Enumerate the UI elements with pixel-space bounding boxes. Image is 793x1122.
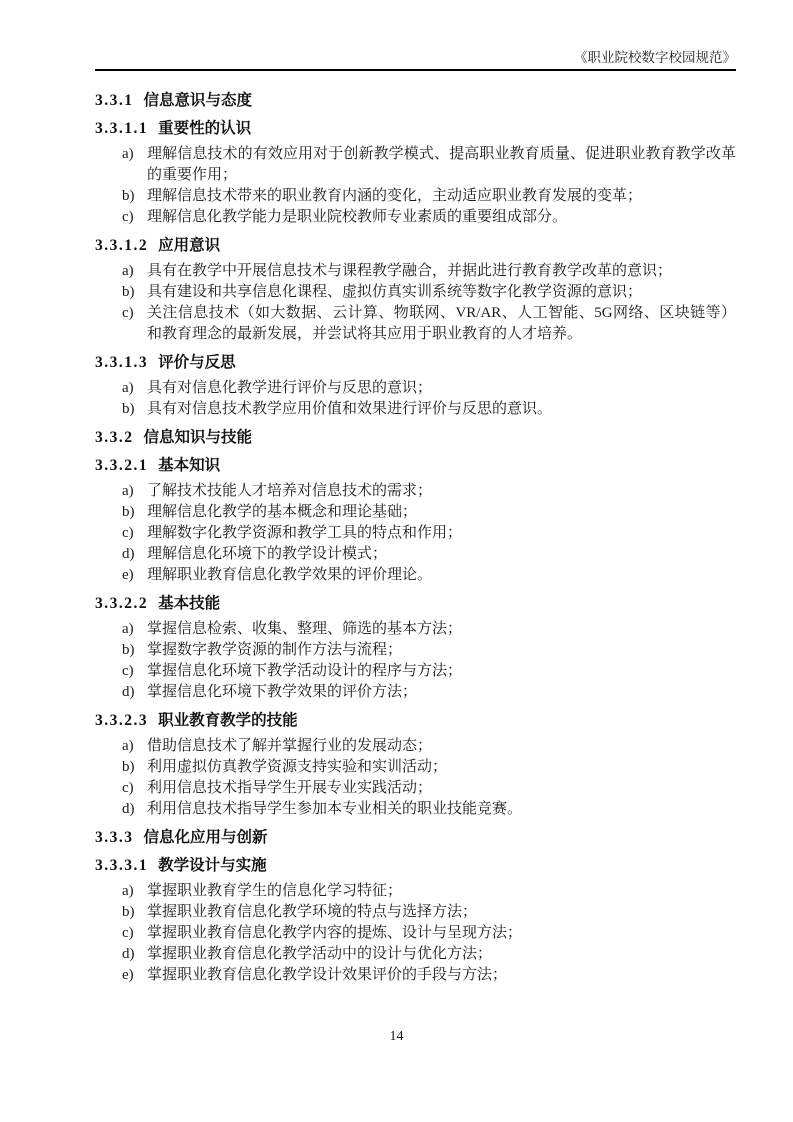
item-marker: d) [122, 799, 147, 820]
section-number: 3.3.2.1 [95, 457, 148, 474]
item-marker: e) [122, 565, 147, 586]
item-text: 了解技术技能人才培养对信息技术的需求； [147, 481, 736, 502]
item-marker: b) [122, 399, 147, 420]
item-text: 掌握信息化环境下教学效果的评价方法； [147, 682, 736, 703]
item-marker: b) [122, 757, 147, 778]
item-marker: b) [122, 282, 147, 303]
item-marker: a) [122, 144, 147, 186]
item-text: 掌握数字教学资源的制作方法与流程； [147, 640, 736, 661]
section-number: 3.3.2.2 [95, 595, 148, 612]
item-text: 具有对信息化教学进行评价与反思的意识； [147, 378, 736, 399]
item-text: 理解职业教育信息化教学效果的评价理论。 [147, 565, 736, 586]
section-title: 信息意识与态度 [144, 92, 253, 109]
list-item: a)理解信息技术的有效应用对于创新教学模式、提高职业教育质量、促进职业教育教学改… [122, 144, 736, 186]
item-text: 借助信息技术了解并掌握行业的发展动态； [147, 736, 736, 757]
section-heading-3.3.3.1: 3.3.3.1教学设计与实施 [95, 855, 736, 876]
item-marker: a) [122, 481, 147, 502]
section-heading-3.3.2: 3.3.2信息知识与技能 [95, 427, 736, 448]
item-marker: c) [122, 923, 147, 944]
item-text: 理解信息技术带来的职业教育内涵的变化，主动适应职业教育发展的变革； [147, 186, 736, 207]
section-number: 3.3.2 [95, 429, 134, 446]
item-text: 掌握信息化环境下教学活动设计的程序与方法； [147, 661, 736, 682]
section-number: 3.3.1.3 [95, 354, 148, 371]
list-item: a)了解技术技能人才培养对信息技术的需求； [122, 481, 736, 502]
list-item: e)理解职业教育信息化教学效果的评价理论。 [122, 565, 736, 586]
list-item: a)掌握信息检索、收集、整理、筛选的基本方法； [122, 619, 736, 640]
section-heading-3.3.1.3: 3.3.1.3评价与反思 [95, 352, 736, 373]
list-item: c)掌握信息化环境下教学活动设计的程序与方法； [122, 661, 736, 682]
section-heading-3.3.1.1: 3.3.1.1重要性的认识 [95, 118, 736, 139]
item-marker: c) [122, 523, 147, 544]
section-heading-3.3.1.2: 3.3.1.2应用意识 [95, 235, 736, 256]
item-text: 关注信息技术（如大数据、云计算、物联网、VR/AR、人工智能、5G网络、区块链等… [147, 303, 736, 345]
list-item: a)借助信息技术了解并掌握行业的发展动态； [122, 736, 736, 757]
item-text: 理解信息化教学能力是职业院校教师专业素质的重要组成部分。 [147, 207, 736, 228]
item-text: 掌握信息检索、收集、整理、筛选的基本方法； [147, 619, 736, 640]
item-list: a)了解技术技能人才培养对信息技术的需求；b)理解信息化教学的基本概念和理论基础… [95, 481, 736, 586]
list-item: a)具有对信息化教学进行评价与反思的意识； [122, 378, 736, 399]
section-title: 评价与反思 [158, 354, 236, 371]
list-item: c)理解信息化教学能力是职业院校教师专业素质的重要组成部分。 [122, 207, 736, 228]
list-item: b)掌握职业教育信息化教学环境的特点与选择方法； [122, 902, 736, 923]
list-item: a)掌握职业教育学生的信息化学习特征； [122, 881, 736, 902]
list-item: d)掌握信息化环境下教学效果的评价方法； [122, 682, 736, 703]
section-heading-3.3.2.3: 3.3.2.3职业教育教学的技能 [95, 710, 736, 731]
page-number: 14 [0, 1028, 793, 1046]
item-text: 利用信息技术指导学生开展专业实践活动； [147, 778, 736, 799]
item-text: 具有建设和共享信息化课程、虚拟仿真实训系统等数字化教学资源的意识； [147, 282, 736, 303]
item-list: a)掌握信息检索、收集、整理、筛选的基本方法；b)掌握数字教学资源的制作方法与流… [95, 619, 736, 703]
item-marker: a) [122, 261, 147, 282]
list-item: c)利用信息技术指导学生开展专业实践活动； [122, 778, 736, 799]
list-item: b)理解信息化教学的基本概念和理论基础； [122, 502, 736, 523]
item-marker: c) [122, 661, 147, 682]
list-item: c)掌握职业教育信息化教学内容的提炼、设计与呈现方法； [122, 923, 736, 944]
item-list: a)具有对信息化教学进行评价与反思的意识；b)具有对信息技术教学应用价值和效果进… [95, 378, 736, 420]
page-header-title: 《职业院校数字校园规范》 [95, 49, 736, 66]
section-title: 应用意识 [158, 237, 220, 254]
header-rule [95, 69, 736, 71]
item-text: 具有在教学中开展信息技术与课程教学融合，并据此进行教育教学改革的意识； [147, 261, 736, 282]
list-item: d)利用信息技术指导学生参加本专业相关的职业技能竞赛。 [122, 799, 736, 820]
section-title: 重要性的认识 [158, 120, 251, 137]
document-body: 3.3.1信息意识与态度3.3.1.1重要性的认识a)理解信息技术的有效应用对于… [95, 83, 736, 986]
item-text: 掌握职业教育信息化教学环境的特点与选择方法； [147, 902, 736, 923]
item-text: 掌握职业教育信息化教学活动中的设计与优化方法； [147, 944, 736, 965]
list-item: c)理解数字化教学资源和教学工具的特点和作用； [122, 523, 736, 544]
section-number: 3.3.2.3 [95, 712, 148, 729]
item-list: a)具有在教学中开展信息技术与课程教学融合，并据此进行教育教学改革的意识；b)具… [95, 261, 736, 345]
item-marker: e) [122, 965, 147, 986]
list-item: b)利用虚拟仿真教学资源支持实验和实训活动； [122, 757, 736, 778]
section-number: 3.3.3 [95, 829, 134, 846]
item-marker: b) [122, 902, 147, 923]
section-title: 信息知识与技能 [144, 429, 253, 446]
item-text: 具有对信息技术教学应用价值和效果进行评价与反思的意识。 [147, 399, 736, 420]
item-text: 掌握职业教育信息化教学内容的提炼、设计与呈现方法； [147, 923, 736, 944]
list-item: d)理解信息化环境下的教学设计模式； [122, 544, 736, 565]
item-marker: d) [122, 944, 147, 965]
item-marker: a) [122, 378, 147, 399]
item-marker: d) [122, 544, 147, 565]
list-item: a)具有在教学中开展信息技术与课程教学融合，并据此进行教育教学改革的意识； [122, 261, 736, 282]
item-list: a)理解信息技术的有效应用对于创新教学模式、提高职业教育质量、促进职业教育教学改… [95, 144, 736, 228]
item-marker: d) [122, 682, 147, 703]
item-text: 掌握职业教育信息化教学设计效果评价的手段与方法； [147, 965, 736, 986]
section-number: 3.3.3.1 [95, 857, 148, 874]
item-marker: b) [122, 186, 147, 207]
list-item: b)理解信息技术带来的职业教育内涵的变化，主动适应职业教育发展的变革； [122, 186, 736, 207]
section-title: 教学设计与实施 [158, 857, 267, 874]
item-marker: b) [122, 502, 147, 523]
item-marker: c) [122, 303, 147, 345]
item-text: 理解数字化教学资源和教学工具的特点和作用； [147, 523, 736, 544]
item-text: 理解信息化教学的基本概念和理论基础； [147, 502, 736, 523]
item-marker: a) [122, 736, 147, 757]
list-item: d)掌握职业教育信息化教学活动中的设计与优化方法； [122, 944, 736, 965]
list-item: c)关注信息技术（如大数据、云计算、物联网、VR/AR、人工智能、5G网络、区块… [122, 303, 736, 345]
item-text: 理解信息技术的有效应用对于创新教学模式、提高职业教育质量、促进职业教育教学改革的… [147, 144, 736, 186]
item-marker: a) [122, 881, 147, 902]
section-number: 3.3.1 [95, 92, 134, 109]
item-list: a)掌握职业教育学生的信息化学习特征；b)掌握职业教育信息化教学环境的特点与选择… [95, 881, 736, 986]
document-page: 《职业院校数字校园规范》 3.3.1信息意识与态度3.3.1.1重要性的认识a)… [0, 0, 793, 1122]
list-item: b)具有对信息技术教学应用价值和效果进行评价与反思的意识。 [122, 399, 736, 420]
section-number: 3.3.1.1 [95, 120, 148, 137]
section-heading-3.3.2.1: 3.3.2.1基本知识 [95, 455, 736, 476]
section-title: 基本知识 [158, 457, 220, 474]
section-title: 基本技能 [158, 595, 220, 612]
list-item: b)掌握数字教学资源的制作方法与流程； [122, 640, 736, 661]
item-marker: b) [122, 640, 147, 661]
list-item: b)具有建设和共享信息化课程、虚拟仿真实训系统等数字化教学资源的意识； [122, 282, 736, 303]
item-text: 掌握职业教育学生的信息化学习特征； [147, 881, 736, 902]
list-item: e)掌握职业教育信息化教学设计效果评价的手段与方法； [122, 965, 736, 986]
section-heading-3.3.3: 3.3.3信息化应用与创新 [95, 827, 736, 848]
section-title: 职业教育教学的技能 [158, 712, 298, 729]
item-text: 理解信息化环境下的教学设计模式； [147, 544, 736, 565]
item-marker: a) [122, 619, 147, 640]
section-heading-3.3.2.2: 3.3.2.2基本技能 [95, 593, 736, 614]
item-text: 利用虚拟仿真教学资源支持实验和实训活动； [147, 757, 736, 778]
section-title: 信息化应用与创新 [144, 829, 268, 846]
item-marker: c) [122, 207, 147, 228]
item-list: a)借助信息技术了解并掌握行业的发展动态；b)利用虚拟仿真教学资源支持实验和实训… [95, 736, 736, 820]
section-heading-3.3.1: 3.3.1信息意识与态度 [95, 90, 736, 111]
item-text: 利用信息技术指导学生参加本专业相关的职业技能竞赛。 [147, 799, 736, 820]
section-number: 3.3.1.2 [95, 237, 148, 254]
item-marker: c) [122, 778, 147, 799]
